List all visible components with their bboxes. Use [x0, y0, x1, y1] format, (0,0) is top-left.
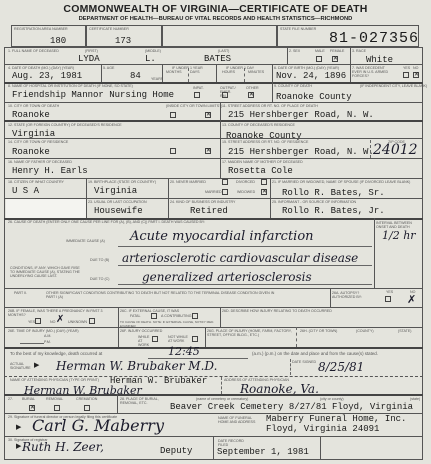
divorced-checkbox[interactable] — [261, 179, 267, 185]
redacted-field — [6, 199, 86, 218]
other-checkbox[interactable]: ✕ — [248, 92, 254, 98]
street-of-death: 215 Hershberger Road, N. W. — [228, 110, 374, 120]
sex-female-checkbox[interactable]: ✕ — [332, 56, 338, 62]
certificate-number: 173 — [115, 36, 131, 46]
funeral-home-address: Floyd, Virginia 24091 — [266, 424, 379, 434]
registrar-arrow-icon: ▶ — [16, 442, 21, 450]
inside-city-yes-checkbox[interactable] — [170, 112, 176, 118]
burial-place: Beaver Creek Cemetery 8/27/81 Floyd, Vir… — [170, 402, 413, 412]
removal-checkbox[interactable] — [54, 405, 60, 411]
injury-not-at-work-checkbox[interactable] — [192, 336, 198, 342]
armed-forces-yes-checkbox[interactable] — [403, 72, 409, 78]
residence-inside-city-yes-checkbox[interactable] — [170, 148, 176, 154]
certificate-subtitle: DEPARTMENT OF HEALTH—BUREAU OF VITAL REC… — [0, 16, 431, 22]
inpatient-checkbox[interactable] — [194, 92, 200, 98]
external-contributing-checkbox[interactable] — [192, 313, 198, 319]
cause-b: arteriosclerotic cardiovascular disease — [122, 251, 358, 265]
pregnancy-no-mark: ✗ — [56, 314, 64, 325]
cremation-checkbox[interactable] — [84, 405, 90, 411]
funeral-director-signature: Carl G. Maberry — [32, 416, 164, 435]
informant: Rollo R. Bates, Jr. — [282, 206, 385, 216]
registrar-title: Deputy — [160, 446, 192, 456]
registration-area-number: 180 — [50, 36, 66, 46]
certificate-number-box: CERTIFICATE NUMBER 173 — [86, 25, 162, 47]
pregnancy-yes-checkbox[interactable] — [35, 318, 41, 324]
signature-arrow-icon: ▶ — [34, 361, 39, 369]
burial-checkbox[interactable]: ✕ — [29, 405, 35, 411]
state-file-box: STATE FILE NUMBER 81-027356 — [277, 25, 419, 47]
widowed-checkbox[interactable]: ✕ — [261, 189, 267, 195]
never-married-checkbox[interactable] — [222, 179, 228, 185]
date-of-birth: Nov. 24, 1896 — [276, 71, 346, 81]
business: Retired — [190, 206, 228, 216]
autopsy-no-mark: ✗ — [407, 293, 416, 306]
registration-area-box: REGISTRATION AREA NUMBER 180 — [11, 25, 86, 47]
date-signed: 8/25/81 — [318, 360, 364, 374]
death-certificate: COMMONWEALTH OF VIRGINIA—CERTIFICATE OF … — [0, 0, 431, 464]
funeral-home-name: Maberry Funeral Home, Inc. — [266, 414, 406, 424]
physician-signature: Herman W. Brubaker M.D. — [56, 359, 217, 373]
date-of-death: Aug. 23, 1981 — [12, 71, 82, 81]
inside-city-no-checkbox[interactable]: ✕ — [205, 112, 211, 118]
sex-male-checkbox[interactable] — [316, 56, 322, 62]
father-name: Henry H. Earls — [12, 166, 88, 176]
injury-at-work-checkbox[interactable] — [152, 336, 158, 342]
armed-forces-no-checkbox[interactable]: ✕ — [413, 72, 419, 78]
citizenship: U S A — [12, 186, 39, 196]
blank-box — [162, 25, 277, 47]
hospital-name: Friendship Mannor Nursing Home — [12, 90, 174, 100]
interval: 1/2 hr — [382, 229, 416, 242]
state-file-number: 81-027356 — [329, 30, 419, 47]
zip-code: 24012 — [373, 142, 418, 158]
city-of-residence: Roanoke — [12, 147, 50, 157]
cause-c: generalized arteriosclerosis — [142, 270, 312, 284]
date-record-filed: September 1, 1981 — [217, 447, 309, 457]
registrar-signature: Ruth H. Zeer, — [22, 440, 104, 454]
outpatient-checkbox[interactable] — [222, 92, 228, 98]
immediate-cause: Acute myocardial infarction — [130, 229, 314, 244]
middle-name: L. — [145, 54, 156, 64]
certificate-title: COMMONWEALTH OF VIRGINIA—CERTIFICATE OF … — [0, 3, 431, 15]
age: 84 — [130, 71, 141, 81]
mother-maiden-name: Rosetta Cole — [228, 166, 293, 176]
county-of-death: Roanoke County — [276, 92, 352, 102]
birthplace: Virginia — [94, 186, 137, 196]
city-of-death: Roanoke — [12, 110, 50, 120]
autopsy-yes-checkbox[interactable] — [385, 296, 391, 302]
residence-inside-city-no-checkbox[interactable]: ✕ — [205, 148, 211, 154]
first-name: LYDA — [78, 54, 100, 64]
spouse-name: Rollo R. Bates, Sr. — [282, 188, 385, 198]
occupation: Housewife — [94, 206, 143, 216]
funeral-signature-arrow-icon: ▶ — [16, 423, 21, 431]
time-of-death: 12:45 — [168, 345, 200, 358]
married-checkbox[interactable] — [222, 189, 228, 195]
last-name: BATES — [204, 54, 231, 64]
pregnancy-unknown-checkbox[interactable] — [89, 318, 95, 324]
external-fatal-checkbox[interactable] — [151, 313, 157, 319]
street-of-residence: 215 Hershberger Road, N. W. — [228, 147, 374, 157]
